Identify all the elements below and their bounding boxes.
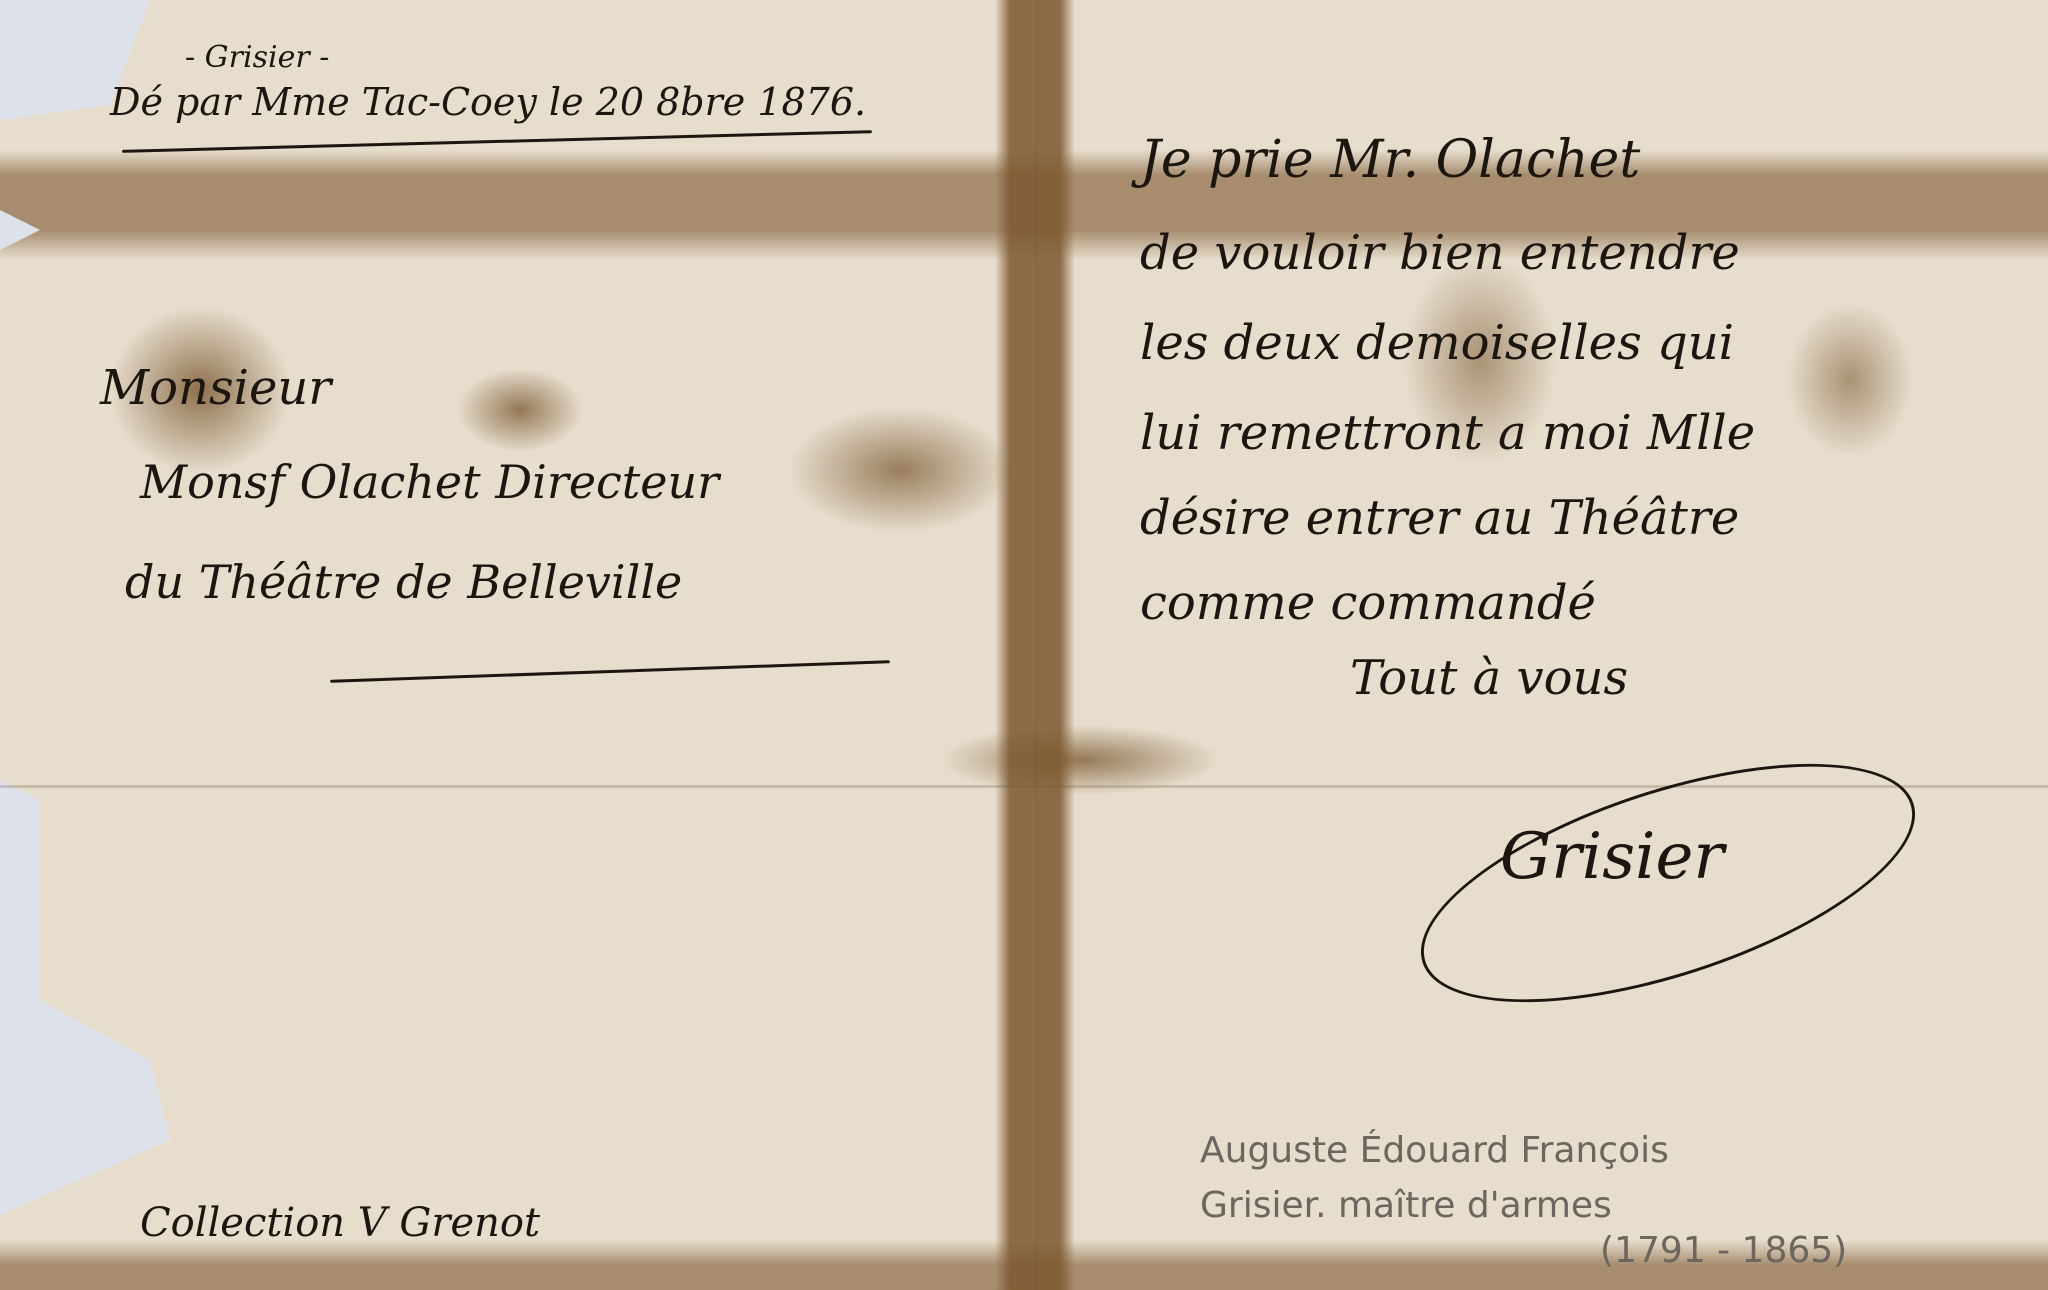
collection-mark: Collection V Grenot: [140, 1200, 540, 1246]
address-salutation: Monsieur: [100, 360, 331, 416]
body-line-4: lui remettront a moi Mlle: [1140, 405, 1755, 461]
signature: Grisier: [1500, 820, 1724, 894]
address-theatre: du Théâtre de Belleville: [125, 555, 682, 609]
letter-paper: [0, 0, 2048, 1290]
pencil-note-line-3: (1791 - 1865): [1600, 1230, 1847, 1271]
vertical-fold: [1035, 0, 1038, 1290]
body-line-6: comme commandé: [1140, 575, 1596, 631]
pencil-note-line-1: Auguste Édouard François: [1200, 1130, 1669, 1171]
address-recipient: Monsf Olachet Directeur: [140, 455, 719, 509]
pencil-note-line-2: Grisier. maître d'armes: [1200, 1185, 1612, 1226]
body-line-2: de vouloir bien entendre: [1140, 225, 1740, 281]
body-line-5: désire entrer au Théâtre: [1140, 490, 1739, 546]
body-line-3: les deux demoiselles qui: [1140, 315, 1734, 371]
header-note-name: - Grisier -: [185, 40, 329, 75]
body-line-1: Je prie Mr. Olachet: [1140, 130, 1640, 190]
header-note-received: Dé par Mme Tac-Coey le 20 8bre 1876.: [110, 80, 866, 124]
closing-phrase: Tout à vous: [1350, 650, 1628, 706]
